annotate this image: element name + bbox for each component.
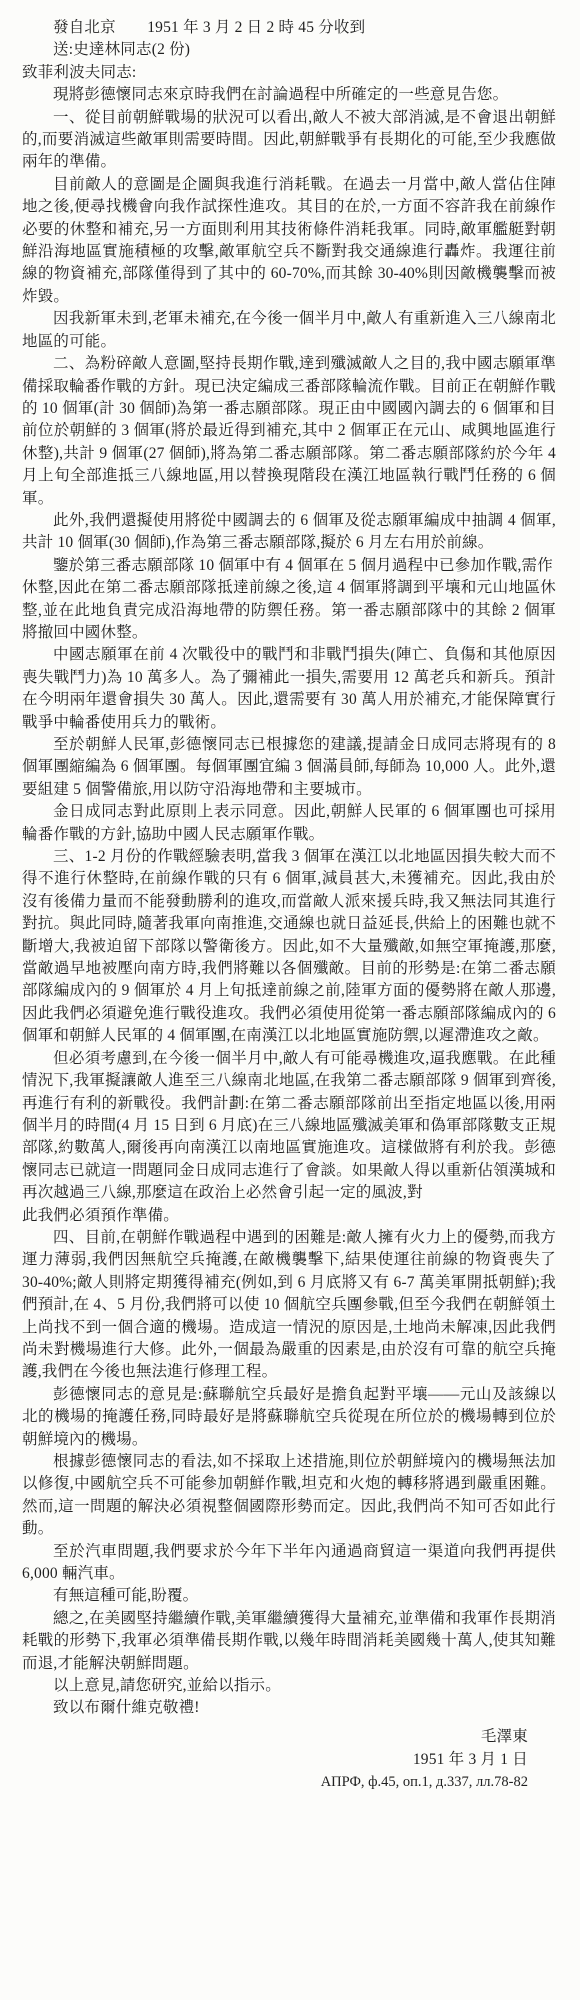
document-body: 現將彭德懷同志來京時我們在討論過程中所確定的一些意見告您。一、從目前朝鮮戰場的狀… [22,84,556,1720]
paragraph: 休整,因此在第二番志願部隊抵達前線之後,這 4 個軍將調到平壤和元山地區休整,並… [22,577,556,644]
paragraph: 以上意見,請您研究,並給以指示。 [22,1675,556,1697]
document-page: 發自北京 1951 年 3 月 2 日 2 時 45 分收到 送:史達林同志(2… [0,0,580,2000]
paragraph: 現將彭德懷同志來京時我們在討論過程中所確定的一些意見告您。 [22,84,556,106]
paragraph: 鑒於第三番志願部隊 10 個軍中有 4 個軍在 5 個月過程中已參加作戰,需作 [22,555,556,577]
paragraph: 致以布爾什維克敬禮! [22,1697,556,1719]
paragraph: 至於朝鮮人民軍,彭德懷同志已根據您的建議,提請金日成同志將現有的 8 個軍團縮編… [22,734,556,801]
paragraph: 一、從目前朝鮮戰場的狀況可以看出,敵人不被大部消滅,是不會退出朝鮮的,而要消滅這… [22,107,556,174]
archive-reference: АПРФ, ф.45, оп.1, д.337, лл.78-82 [22,1771,528,1794]
paragraph: 彭德懷同志的意見是:蘇聯航空兵最好是擔負起對平壤——元山及該線以北的機場的掩護任… [22,1384,556,1451]
paragraph: 至於汽車問題,我們要求於今年下半年內通過商貿這一渠道向我們再提供 6,000 輛… [22,1541,556,1586]
paragraph: 三、1-2 月份的作戰經驗表明,當我 3 個軍在漢江以北地區因損失較大而不得不進… [22,846,556,1048]
paragraph: 有無這種可能,盼覆。 [22,1585,556,1607]
paragraph: 目前敵人的意圖是企圖與我進行消耗戰。在過去一月當中,敵人當佔住陣地之後,便尋找機… [22,174,556,308]
signature-name: 毛澤東 [22,1725,528,1748]
paragraph: 金日成同志對此原則上表示同意。因此,朝鮮人民軍的 6 個軍團也可採用輪番作戰的方… [22,801,556,846]
sent-to-line: 送:史達林同志(2 份) [22,39,556,61]
paragraph: 中國志願軍在前 4 次戰役中的戰鬥和非戰鬥損失(陣亡、負傷和其他原因喪失戰鬥力)… [22,644,556,734]
paragraph: 此我們必須預作準備。 [22,1205,556,1227]
signature-block: 毛澤東 1951 年 3 月 1 日 АПРФ, ф.45, оп.1, д.3… [22,1725,556,1794]
salutation: 致菲利波夫同志: [22,62,556,84]
paragraph: 四、目前,在朝鮮作戰過程中遇到的困難是:敵人擁有火力上的優勢,而我方運力薄弱,我… [22,1227,556,1384]
received-line: 發自北京 1951 年 3 月 2 日 2 時 45 分收到 [22,17,556,39]
paragraph: 此外,我們還擬使用將從中國調去的 6 個軍及從志願軍編成中抽調 4 個軍,共計 … [22,510,556,555]
paragraph: 根據彭德懷同志的看法,如不採取上述措施,則位於朝鮮境內的機場無法加以修復,中國航… [22,1451,556,1541]
paragraph: 但必須考慮到,在今後一個半月中,敵人有可能尋機進攻,逼我應戰。在此種情況下,我軍… [22,1048,556,1205]
paragraph: 二、為粉碎敵人意圖,堅持長期作戰,達到殲滅敵人之目的,我中國志願軍準備採取輪番作… [22,353,556,510]
paragraph: 總之,在美國堅持繼續作戰,美軍繼續獲得大量補充,並準備和我軍作長期消耗戰的形勢下… [22,1608,556,1675]
signature-date: 1951 年 3 月 1 日 [22,1748,528,1771]
paragraph: 因我新軍未到,老軍未補充,在今後一個半月中,敵人有重新進入三八線南北地區的可能。 [22,308,556,353]
